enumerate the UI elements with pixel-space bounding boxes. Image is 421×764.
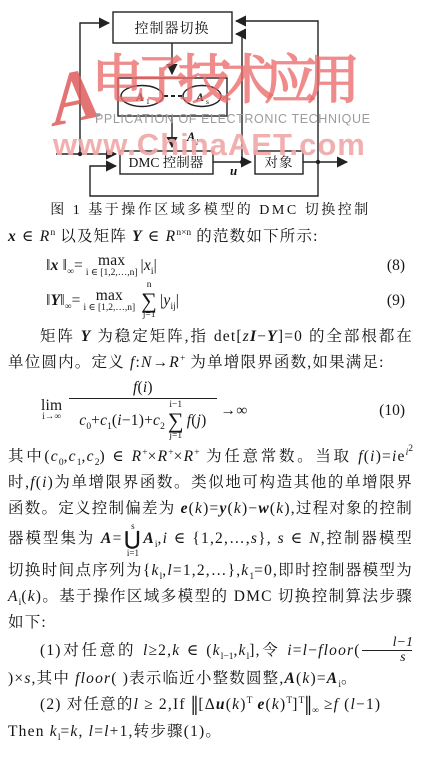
eq9-lhs: ‖Y‖∞= xyxy=(46,292,81,309)
model-a1-label: A xyxy=(135,90,144,104)
figure-caption: 图 1 基于操作区域多模型的 DMC 切换控制 xyxy=(0,199,421,219)
model-as-label: A xyxy=(195,90,204,104)
signal-u-label: u xyxy=(230,163,237,178)
eq9-sum-lower: j=1 xyxy=(143,311,156,321)
paragraph-step-2-then: Then kl=k, l=l+1,转步骤(1)。 xyxy=(8,719,413,745)
eq10-sigma: ∑ xyxy=(168,411,184,432)
paragraph-step-2: (2) 对任意的l ≥ 2,If ‖[Δu(k)T e(k)T]T‖∞ ≥f (… xyxy=(8,692,413,719)
signal-al-subscript: l xyxy=(196,138,199,147)
eq9-sigma: ∑ xyxy=(141,291,157,312)
eq10-numerator: f(i) xyxy=(129,379,157,399)
article-body: x ∈ Rn 以及矩阵 Y ∈ Rn×n 的范数如下所示: ‖x ‖∞= max… xyxy=(0,222,421,745)
plant-label: 对象 xyxy=(265,155,294,170)
equation-9: ‖Y‖∞= max i ∈ [1,2,…,n] n ∑ j=1 |yij| (9… xyxy=(46,281,413,321)
eq10-sum-lower: j=1 xyxy=(169,432,182,442)
paragraph-stable-matrix: 矩阵 Y 为稳定矩阵,指 det[zI−Y]=0 的全部根都在单位圆内。定义 f… xyxy=(8,324,413,376)
eq8-lhs: ‖x ‖∞= xyxy=(46,257,83,274)
dmc-controller-label: DMC 控制器 xyxy=(129,154,204,170)
equation-8: ‖x ‖∞= max i ∈ [1,2,…,n] |xi| (8) xyxy=(46,253,413,278)
figure-1: 控制器切换 A 1 A s A l DMC 控制器 u 对象 A 电子技术应用 … xyxy=(0,0,421,222)
dmc-switching-diagram: 控制器切换 A 1 A s A l DMC 控制器 u 对象 xyxy=(0,0,421,222)
eq8-max-operator: max xyxy=(98,253,125,269)
paragraph-constants-models: 其中(c0,c1,c2) ∈ R+×R+×R+ 为任意常数。当取 f(i)=ie… xyxy=(8,444,413,635)
eq9-rhs: |yij| xyxy=(160,292,179,309)
signal-al-label: A xyxy=(186,130,195,144)
equation-10: lim i→∞ f(i) c0+c1(i−1)+c2 i−1 ∑ j=1 f(j… xyxy=(38,379,413,441)
eq10-lim-subscript: i→∞ xyxy=(42,413,61,423)
eq8-rhs: |xi| xyxy=(141,257,157,274)
model-as-subscript: s xyxy=(206,97,209,106)
eq8-max-subscript: i ∈ [1,2,…,n] xyxy=(86,269,138,279)
paragraph-step-1: (1)对任意的 l≥2,k ∈ (kl−1,kl],令 i=l−floor(l−… xyxy=(8,636,413,692)
model-a1-subscript: 1 xyxy=(146,97,150,106)
eq10-denominator-post: f(j) xyxy=(187,412,207,431)
eq10-lim-operator: lim xyxy=(41,398,62,414)
eq9-max-subscript: i ∈ [1,2,…,n] xyxy=(84,304,136,314)
eq10-denominator-pre: c0+c1(i−1)+c2 xyxy=(79,412,165,431)
equation-10-number: (10) xyxy=(379,402,405,419)
paragraph-norm-intro: x ∈ Rn 以及矩阵 Y ∈ Rn×n 的范数如下所示: xyxy=(8,224,413,250)
eq9-max-operator: max xyxy=(96,288,123,304)
eq10-tends-to: →∞ xyxy=(221,402,248,419)
equation-8-number: (8) xyxy=(387,257,405,274)
controller-switch-label: 控制器切换 xyxy=(135,20,210,37)
equation-9-number: (9) xyxy=(387,292,405,309)
